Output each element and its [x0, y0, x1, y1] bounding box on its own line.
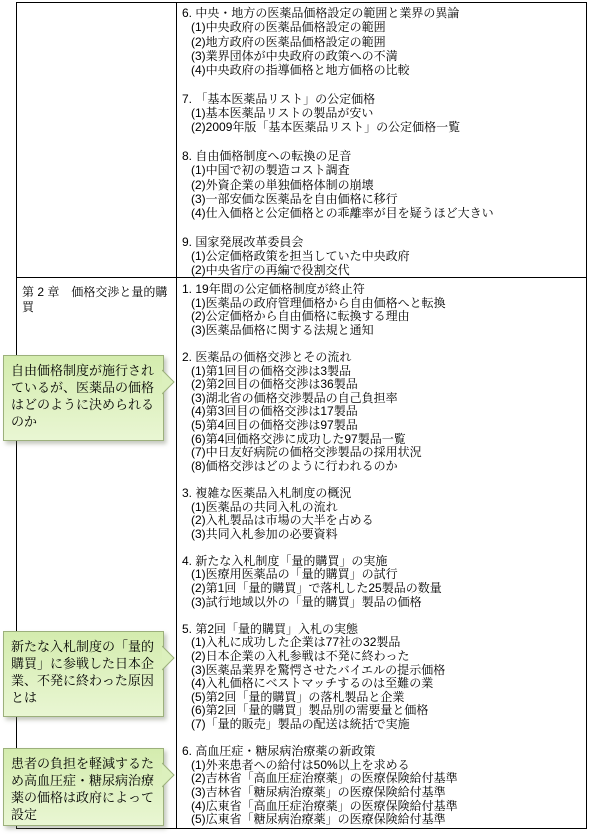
toc-item: (4)入札価格にベストマッチするのは至難の業 — [182, 677, 584, 691]
toc-item: (2)第1回「量的購買」で落札した25製品の数量 — [182, 582, 584, 596]
toc-item: (3)医薬品価格に関する法規と通知 — [182, 324, 584, 338]
toc-section: 4. 新たな入札制度「量的購買」の実施(1)医療用医薬品の「量的購買」の試行(2… — [182, 555, 584, 609]
toc-item: (8)価格交渉はどのように行われるのか — [182, 460, 584, 474]
toc-section-title: 3. 複雑な医薬品入札制度の概況 — [182, 487, 584, 501]
toc-section: 8. 自由価格制度への転換の足音(1)中国で初の製造コスト調査(2)外資企業の単… — [182, 149, 584, 220]
toc-section-title: 6. 中央・地方の医薬品価格設定の範囲と業界の異論 — [182, 6, 584, 20]
toc-section-title: 8. 自由価格制度への転換の足音 — [182, 149, 584, 163]
toc-item: (5)第4回目の価格交渉は97製品 — [182, 419, 584, 433]
toc-item: (2)入札製品は市場の大半を占める — [182, 514, 584, 528]
callout-free-price-question: 自由価格制度が施行されているが、医薬品の価格はどのように決められるのか — [3, 355, 164, 441]
toc-item: (2)地方政府の医薬品価格設定の範囲 — [182, 35, 584, 49]
toc-item: (2)吉林省「高血圧症治療薬」の医療保険給付基準 — [182, 772, 584, 786]
toc-section: 3. 複雑な医薬品入札制度の概況(1)医薬品の共同入札の流れ(2)入札製品は市場… — [182, 487, 584, 541]
toc-item: (3)業界団体が中央政府の政策への不満 — [182, 49, 584, 63]
toc-item: (1)中国で初の製造コスト調査 — [182, 163, 584, 177]
toc-section: 7. 「基本医薬品リスト」の公定価格(1)基本医薬品リストの製品が安い(2)20… — [182, 92, 584, 135]
chapter-title: 第 2 章 価格交渉と量的購買 — [22, 285, 167, 314]
toc-item: (2)第2回目の価格交渉は36製品 — [182, 378, 584, 392]
toc-item: (4)中央政府の指導価格と地方価格の比較 — [182, 63, 584, 77]
toc-section-title: 9. 国家発展改革委員会 — [182, 235, 584, 249]
toc-item: (1)入札に成功した企業は77社の32製品 — [182, 636, 584, 650]
cell-row2-chapter: 第 2 章 価格交渉と量的購買 — [22, 285, 170, 315]
callout-tail-icon — [162, 762, 175, 788]
cell-row2-contents: 1. 19年間の公定価格制度が終止符(1)医薬品の政府管理価格から自由価格へと転… — [182, 283, 584, 827]
callout-patient-burden: 患者の負担を軽減するため高血圧症・糖尿病治療薬の価格は政府によって設定 — [3, 748, 164, 826]
toc-section-title: 1. 19年間の公定価格制度が終止符 — [182, 283, 584, 297]
toc-item: (1)基本医薬品リストの製品が安い — [182, 106, 584, 120]
toc-item: (3)一部安価な医薬品を自由価格に移行 — [182, 192, 584, 206]
toc-item: (7)中日友好病院の価格交渉製品の採用状況 — [182, 446, 584, 460]
cell-row1-contents: 6. 中央・地方の医薬品価格設定の範囲と業界の異論(1)中央政府の医薬品価格設定… — [182, 6, 584, 278]
toc-section: 2. 医薬品の価格交渉とその流れ(1)第1回目の価格交渉は3製品(2)第2回目の… — [182, 351, 584, 473]
toc-section-title: 7. 「基本医薬品リスト」の公定価格 — [182, 92, 584, 106]
toc-item: (2)中央省庁の再編で役割交代 — [182, 263, 584, 277]
toc-section-title: 6. 高血圧症・糖尿病治療薬の新政策 — [182, 745, 584, 759]
toc-item: (1)中央政府の医薬品価格設定の範囲 — [182, 20, 584, 34]
toc-section: 6. 高血圧症・糖尿病治療薬の新政策(1)外来患者への給付は50%以上を求める(… — [182, 745, 584, 827]
toc-item: (2)日本企業の入札参戦は不発に終わった — [182, 650, 584, 664]
toc-item: (7)「量的販売」製品の配送は統括で実施 — [182, 718, 584, 732]
toc-item: (2)2009年版「基本医薬品リスト」の公定価格一覧 — [182, 120, 584, 134]
toc-section: 1. 19年間の公定価格制度が終止符(1)医薬品の政府管理価格から自由価格へと転… — [182, 283, 584, 337]
column-divider — [176, 2, 177, 829]
toc-section: 5. 第2回「量的購買」入札の実態(1)入札に成功した企業は77社の32製品(2… — [182, 623, 584, 732]
toc-section: 9. 国家発展改革委員会(1)公定価格政策を担当していた中央政府(2)中央省庁の… — [182, 235, 584, 278]
page: 6. 中央・地方の医薬品価格設定の範囲と業界の異論(1)中央政府の医薬品価格設定… — [0, 0, 590, 835]
callout-tail-icon — [162, 369, 175, 395]
callout-text: 患者の負担を軽減するため高血圧症・糖尿病治療薬の価格は政府によって設定 — [11, 755, 157, 823]
toc-section-title: 2. 医薬品の価格交渉とその流れ — [182, 351, 584, 365]
toc-item: (6)第2回「量的購買」製品別の需要量と価格 — [182, 704, 584, 718]
toc-item: (3)試行地域以外の「量的購買」製品の価格 — [182, 596, 584, 610]
toc-item: (2)外資企業の単独価格体制の崩壊 — [182, 178, 584, 192]
toc-item: (1)公定価格政策を担当していた中央政府 — [182, 249, 584, 263]
toc-item: (3)共同入札参加の必要資料 — [182, 528, 584, 542]
toc-item: (4)第3回目の価格交渉は17製品 — [182, 405, 584, 419]
toc-item: (4)仕入価格と公定価格との乖離率が目を疑うほど大きい — [182, 206, 584, 220]
toc-item: (5)広東省「糖尿病治療薬」の医療保険給付基準 — [182, 813, 584, 827]
toc-item: (2)公定価格から自由価格に転換する理由 — [182, 310, 584, 324]
callout-text: 自由価格制度が施行されているが、医薬品の価格はどのように決められるのか — [11, 362, 157, 430]
callout-text: 新たな入札制度の「量的購買」に参戦した日本企業、不発に終わった原因とは — [11, 638, 157, 706]
toc-item: (3)吉林省「糖尿病治療薬」の医療保険給付基準 — [182, 786, 584, 800]
toc-section: 6. 中央・地方の医薬品価格設定の範囲と業界の異論(1)中央政府の医薬品価格設定… — [182, 6, 584, 77]
callout-volume-purchase-japan: 新たな入札制度の「量的購買」に参戦した日本企業、不発に終わった原因とは — [3, 631, 164, 717]
callout-tail-icon — [162, 645, 175, 671]
